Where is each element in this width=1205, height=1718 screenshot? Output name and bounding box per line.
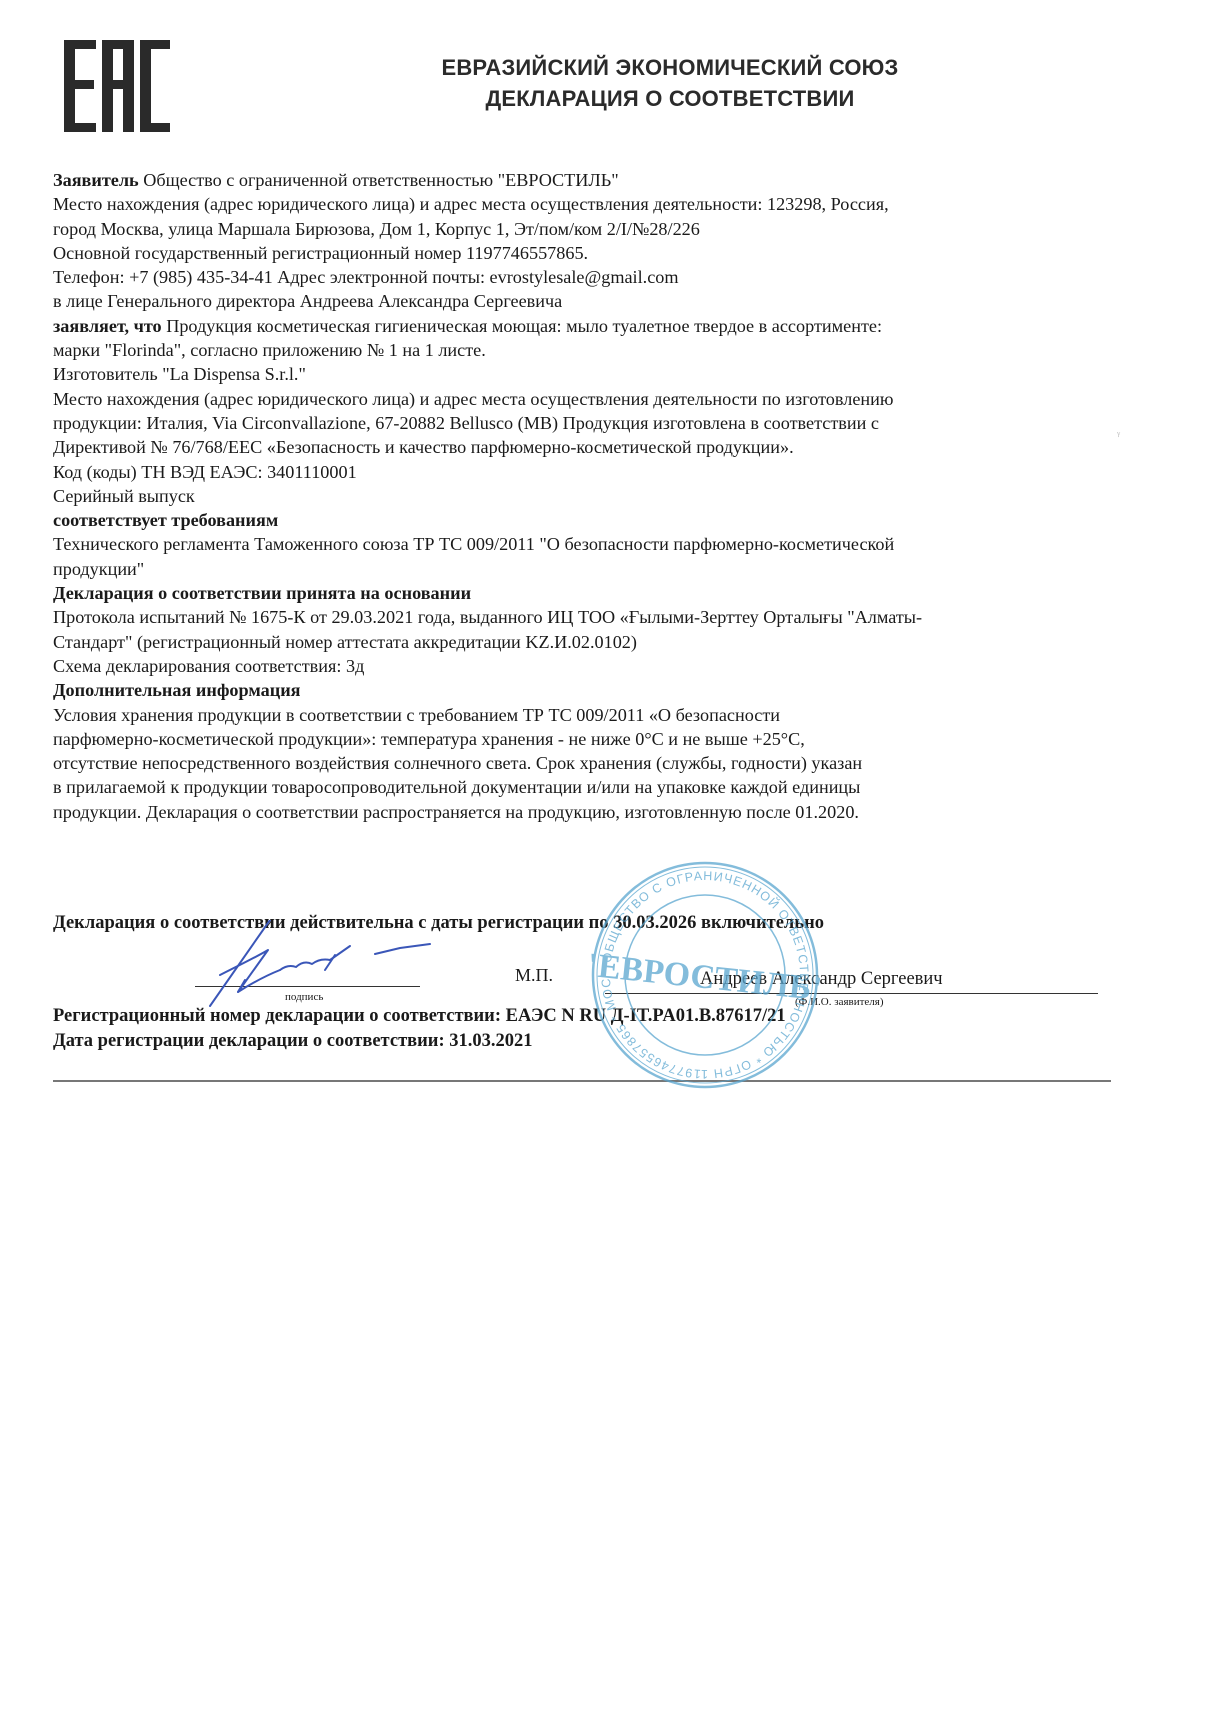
declaration-body: Заявитель Общество с ограниченной ответс…	[53, 168, 1153, 824]
requirements-line-2: продукции"	[53, 557, 1153, 581]
bottom-divider	[53, 1080, 1111, 1082]
declaration-scheme: Схема декларирования соответствия: 3д	[53, 654, 1153, 678]
declares-label: заявляет, что	[53, 316, 162, 336]
registration-date: Дата регистрации декларации о соответств…	[53, 1031, 533, 1052]
applicant-line: Заявитель Общество с ограниченной ответс…	[53, 168, 1153, 192]
svg-text:"ЕВРОСТИЛЬ": "ЕВРОСТИЛЬ"	[590, 946, 820, 1009]
additional-line-2: парфюмерно-косметической продукции»: тем…	[53, 727, 1153, 751]
applicant-representative: в лице Генерального директора Андреева А…	[53, 289, 1153, 313]
scan-mark: ᵞ	[1117, 428, 1120, 443]
applicant-label: Заявитель	[53, 170, 139, 190]
additional-line-5: продукции. Декларация о соответствии рас…	[53, 800, 1153, 824]
requirements-line-1: Технического регламента Таможенного союз…	[53, 532, 1153, 556]
applicant-address-1: Место нахождения (адрес юридического лиц…	[53, 192, 1153, 216]
basis-line-2: Стандарт" (регистрационный номер аттеста…	[53, 630, 1153, 654]
applicant-name: Общество с ограниченной ответственностью…	[139, 170, 619, 190]
seal-place-label: М.П.	[515, 965, 553, 986]
requirements-heading: соответствует требованиям	[53, 508, 1153, 532]
applicant-address-2: город Москва, улица Маршала Бирюзова, До…	[53, 217, 1153, 241]
applicant-ogrn: Основной государственный регистрационный…	[53, 241, 1153, 265]
eac-logo-icon	[64, 40, 174, 132]
additional-line-3: отсутствие непосредственного воздействия…	[53, 751, 1153, 775]
company-stamp-icon: ОБЩЕСТВО С ОГРАНИЧЕННОЙ ОТВЕТСТВЕННОСТЬЮ…	[590, 860, 820, 1090]
basis-line-1: Протокола испытаний № 1675-К от 29.03.20…	[53, 605, 1153, 629]
release-type: Серийный выпуск	[53, 484, 1153, 508]
manufacturer-address-3: Директивой № 76/768/EEC «Безопасность и …	[53, 435, 1153, 459]
union-title: ЕВРАЗИЙСКИЙ ЭКОНОМИЧЕСКИЙ СОЮЗ	[320, 55, 1020, 81]
declares-line: заявляет, что Продукция косметическая ги…	[53, 314, 1153, 338]
basis-heading: Декларация о соответствии принята на осн…	[53, 581, 1153, 605]
product-description-2: марки "Florinda", согласно приложению № …	[53, 338, 1153, 362]
manufacturer-address-2: продукции: Италия, Via Circonvallazione,…	[53, 411, 1153, 435]
additional-line-1: Условия хранения продукции в соответстви…	[53, 703, 1153, 727]
applicant-contacts: Телефон: +7 (985) 435-34-41 Адрес электр…	[53, 265, 1153, 289]
manufacturer-address-1: Место нахождения (адрес юридического лиц…	[53, 387, 1153, 411]
handwritten-signature-icon	[200, 920, 460, 1020]
additional-heading: Дополнительная информация	[53, 678, 1153, 702]
document-title: ДЕКЛАРАЦИЯ О СООТВЕТСТВИИ	[320, 86, 1020, 112]
hs-code: Код (коды) ТН ВЭД ЕАЭС: 3401110001	[53, 460, 1153, 484]
additional-line-4: в прилагаемой к продукции товаросопровод…	[53, 775, 1153, 799]
product-description-1: Продукция косметическая гигиеническая мо…	[162, 316, 882, 336]
manufacturer: Изготовитель "La Dispensa S.r.l."	[53, 362, 1153, 386]
